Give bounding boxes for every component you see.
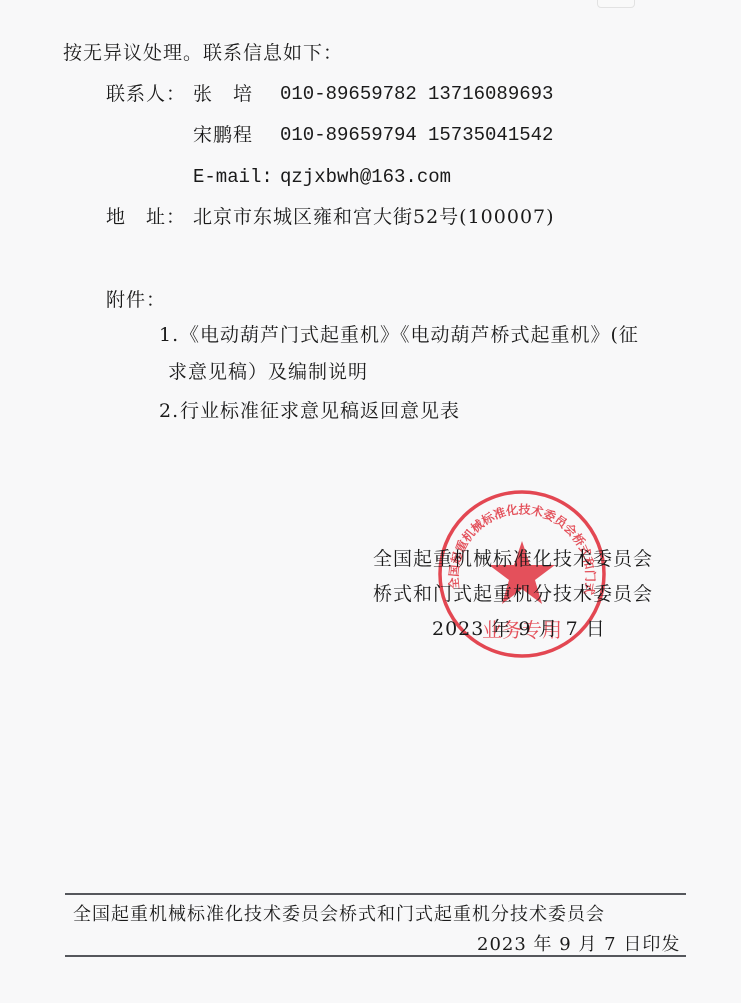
contact-mobile: 13716089693 (428, 82, 553, 106)
footer-top-rule (65, 893, 686, 895)
page-tab (597, 0, 635, 8)
contacts-label: 联系人： (106, 82, 186, 106)
email-label: E-mail: (193, 165, 273, 189)
contact-name: 张 培 (193, 82, 253, 106)
contact-tel: 010-89659782 (280, 82, 417, 106)
attachment-num: 2. (159, 399, 179, 423)
intro-line: 按无异议处理。联系信息如下： (63, 41, 343, 65)
contact-name: 宋鹏程 (193, 123, 253, 147)
contact-tel: 010-89659794 (280, 123, 417, 147)
signature-date: 2023 年 9 月 7 日 (432, 617, 606, 641)
contact-mobile: 15735041542 (428, 123, 553, 147)
attachment-title-cont: 求意见稿）及编制说明 (168, 360, 368, 384)
signature-org-1: 全国起重机械标准化技术委员会 (373, 547, 653, 571)
address-label: 地 址： (106, 205, 186, 229)
attachments-label: 附件： (106, 288, 166, 312)
footer-issue-date: 2023 年 9 月 7 日印发 (477, 933, 680, 957)
footer-issuer: 全国起重机械标准化技术委员会桥式和门式起重机分技术委员会 (73, 903, 605, 927)
footer-bottom-rule (65, 955, 686, 957)
address-value: 北京市东城区雍和宫大街52号(100007) (193, 205, 555, 229)
email-value: qzjxbwh@163.com (280, 165, 451, 189)
attachment-title: 行业标准征求意见稿返回意见表 (180, 399, 460, 423)
signature-org-2: 桥式和门式起重机分技术委员会 (373, 582, 653, 606)
attachment-num: 1. (159, 323, 179, 347)
attachment-title: 《电动葫芦门式起重机》《电动葫芦桥式起重机》(征 (180, 323, 639, 347)
